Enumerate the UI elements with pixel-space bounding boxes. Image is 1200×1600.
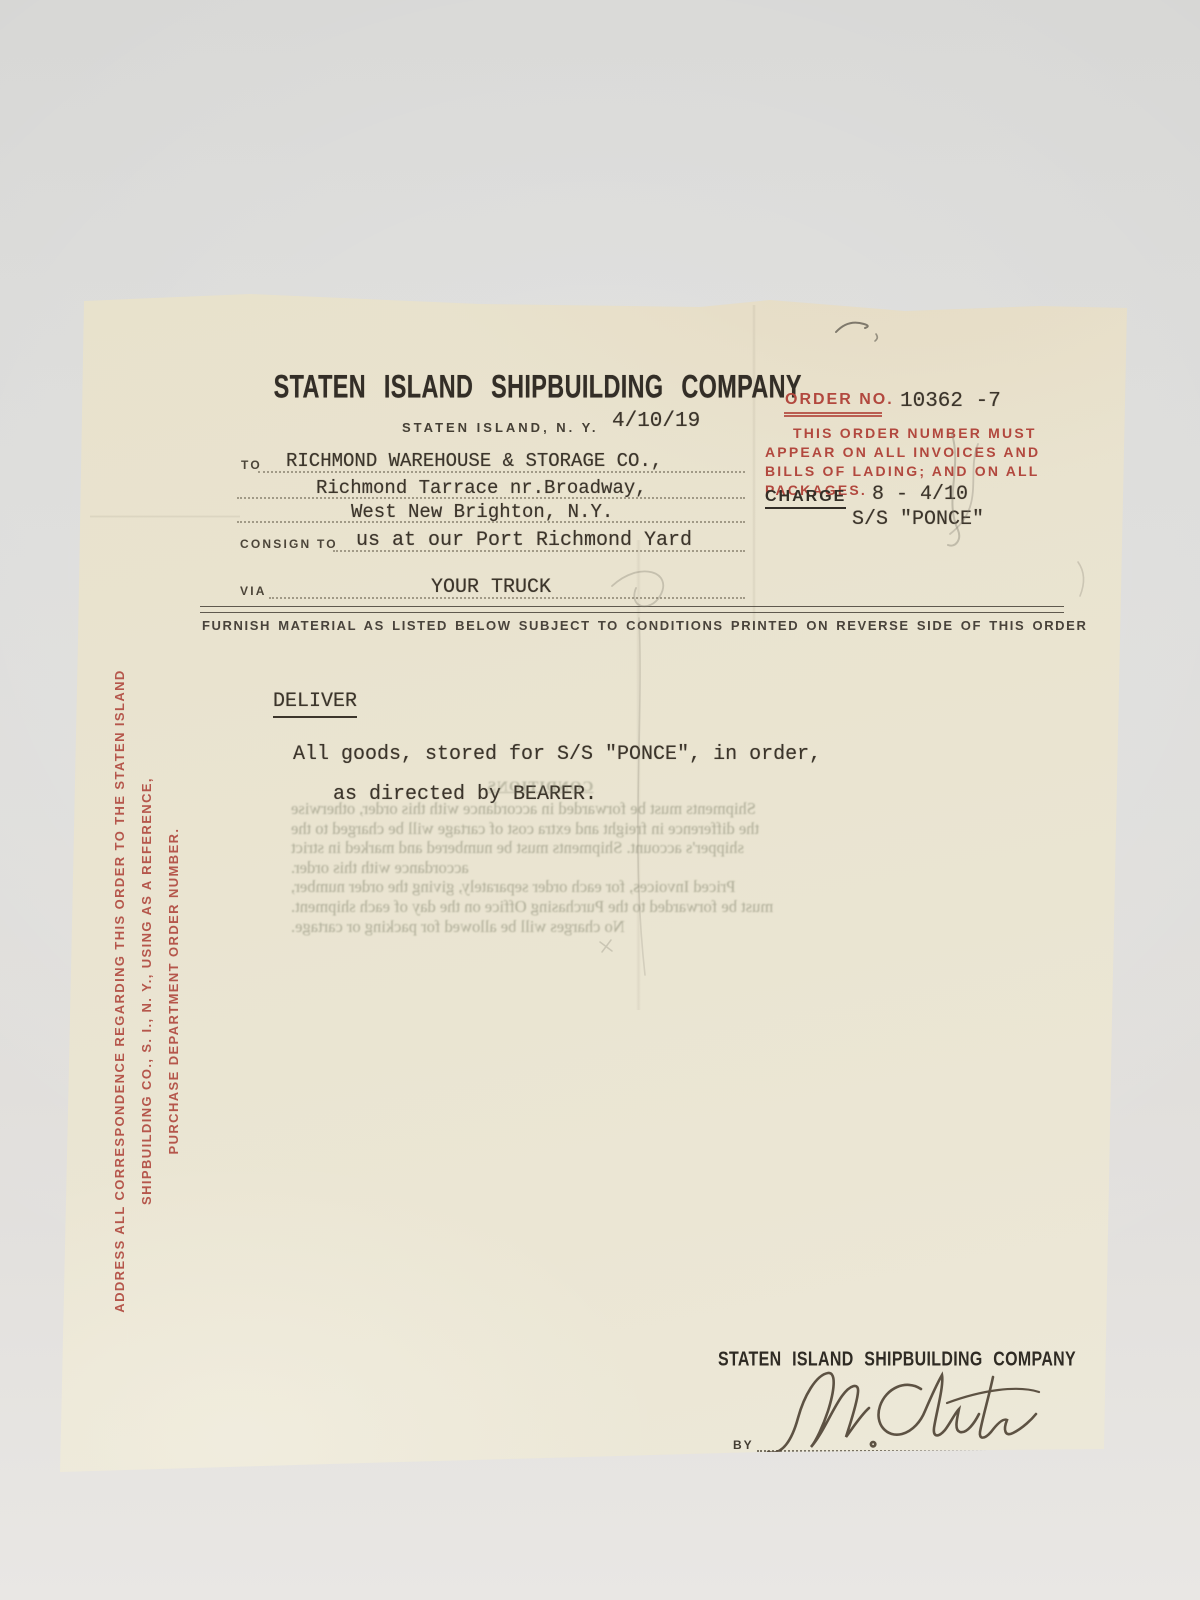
order-no-underline (784, 412, 882, 417)
paper-crease (752, 305, 756, 625)
bleedthrough-line: Priced Invoices, for each order separate… (291, 877, 736, 897)
furnish-banner: FURNISH MATERIAL AS LISTED BELOW SUBJECT… (202, 618, 1068, 633)
company-name-heading: STATEN ISLAND SHIPBUILDING COMPANY (274, 370, 711, 407)
charge-label: CHARGE (765, 488, 846, 509)
bleedthrough-line: Shipments must be forwarded in accordanc… (291, 799, 756, 819)
margin-note-line: ADDRESS ALL CORRESPONDENCE REGARDING THI… (106, 666, 133, 1316)
ruled-line (237, 497, 745, 499)
paper-crease (90, 515, 240, 518)
order-no-value: 10362 -7 (900, 390, 1001, 413)
to-city: West New Brighton, N.Y. (351, 501, 613, 523)
ruled-line (269, 597, 745, 599)
paper-sheet: STATEN ISLAND SHIPBUILDING COMPANY STATE… (0, 0, 1200, 1600)
bleedthrough-text: Shipments must be forwarded in accordanc… (291, 799, 917, 936)
signature-name-text: W. Clute (0, 0, 1, 1)
via-value: YOUR TRUCK (431, 576, 551, 599)
order-notice-line: BILLS OF LADING; AND ON ALL (765, 462, 1070, 481)
ruled-line (258, 471, 745, 473)
handwritten-signature (740, 1358, 1060, 1468)
consign-to-value: us at our Port Richmond Yard (356, 529, 692, 552)
to-label: TO (241, 458, 262, 472)
consign-to-label: CONSIGN TO (240, 537, 338, 551)
charge-vessel-value: S/S "PONCE" (852, 508, 984, 531)
typed-date: 4/10/19 (612, 410, 700, 433)
photo-of-document: STATEN ISLAND SHIPBUILDING COMPANY STATE… (0, 0, 1200, 1600)
bleedthrough-line: the difference in freight and extra cost… (291, 819, 759, 839)
margin-note-line: SHIPBUILDING CO., S. I., N. Y., USING AS… (133, 666, 160, 1316)
margin-note-line: PURCHASE DEPARTMENT ORDER NUMBER. (160, 666, 187, 1316)
order-notice-line: APPEAR ON ALL INVOICES AND (765, 443, 1070, 462)
bleedthrough-line: shipper's account. Shipments must be num… (291, 838, 744, 858)
to-street: Richmond Tarrace nr.Broadway, (316, 477, 647, 499)
company-location: STATEN ISLAND, N. Y. (402, 420, 599, 435)
body-line: All goods, stored for S/S "PONCE", in or… (293, 743, 821, 766)
margin-correspondence-note: ADDRESS ALL CORRESPONDENCE REGARDING THI… (106, 666, 192, 1316)
bleedthrough-line: accordance with this order. (291, 858, 469, 878)
bleedthrough-conditions-heading: CONDITIONS (455, 779, 625, 796)
deliver-heading: DELIVER (273, 690, 357, 718)
bleedthrough-line: must be forwarded to the Purchasing Offi… (291, 897, 773, 917)
via-label: VIA (240, 584, 267, 598)
charge-code-value: 8 - 4/10 (872, 483, 968, 506)
bleedthrough-line: No charges will be allowed for packing o… (291, 917, 625, 937)
double-rule (200, 606, 1064, 613)
to-name: RICHMOND WAREHOUSE & STORAGE CO., (286, 450, 662, 472)
ruled-line (333, 550, 745, 552)
ruled-line (237, 521, 745, 523)
order-notice-line: THIS ORDER NUMBER MUST (765, 424, 1070, 443)
order-no-label: ORDER NO. (785, 391, 894, 409)
